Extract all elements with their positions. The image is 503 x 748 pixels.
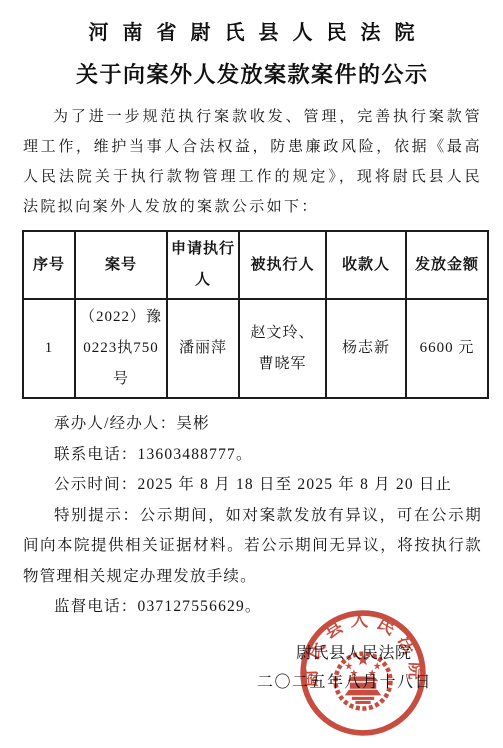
period-label: 公示时间：: [54, 476, 138, 493]
emblem-step: [352, 697, 374, 700]
supervision-value: 037127556629。: [138, 598, 262, 615]
emblem-step: [355, 701, 370, 704]
emblem-gate-roof: [348, 677, 378, 682]
handler-label: 承办人/经办人：: [54, 415, 176, 432]
header-seq: 序号: [23, 231, 75, 299]
cell-case-no: （2022）豫0223执750号: [75, 299, 167, 398]
official-seal: 尉氏县人民法院: [297, 607, 429, 739]
contact-value: 13603488777。: [138, 446, 253, 463]
contact-phone-line: 联系电话：13603488777。: [23, 440, 482, 471]
national-emblem-icon: [336, 653, 391, 708]
cell-amount: 6600 元: [406, 299, 488, 398]
table-row: 1 （2022）豫0223执750号 潘丽萍 赵文玲、曹晓军 杨志新 6600 …: [23, 299, 488, 398]
cell-respondent: 赵文玲、曹晓军: [239, 299, 326, 398]
header-respondent: 被执行人: [239, 231, 326, 299]
emblem-gate-body: [350, 683, 376, 689]
contact-label: 联系电话：: [54, 446, 138, 463]
emblem-small-star: [350, 669, 358, 676]
cell-applicant: 潘丽萍: [167, 299, 239, 398]
cell-payee: 杨志新: [326, 299, 406, 398]
emblem-small-star: [373, 662, 381, 669]
footer-block: 承办人/经办人：吴彬 联系电话：13603488777。 公示时间：2025 年…: [23, 409, 482, 623]
notice-document: 河南省尉氏县人民法院 关于向案外人发放案款案件的公示 为了进一步规范执行案款收发…: [0, 0, 503, 748]
intro-paragraph: 为了进一步规范执行案款收发、管理，完善执行案款管理工作，维护当事人合法权益，防患…: [23, 102, 482, 222]
payout-table: 序号 案号 申请执行人 被执行人 收款人 发放金额 1 （2022）豫0223执…: [22, 230, 489, 399]
header-amount: 发放金额: [406, 231, 488, 299]
supervision-label: 监督电话：: [54, 598, 138, 615]
notice-period-line: 公示时间：2025 年 8 月 18 日至 2025 年 8 月 20 日止: [23, 470, 482, 501]
header-applicant: 申请执行人: [167, 231, 239, 299]
seal-ring-text: 尉氏县人民法院: [300, 610, 427, 687]
emblem-small-star: [345, 662, 353, 669]
notice-subtitle: 关于向案外人发放案款案件的公示: [0, 58, 503, 89]
special-note-paragraph: 特别提示：公示期间，如对案款发放有异议，可在公示期间向本院提供相关证据材料。若公…: [23, 501, 482, 593]
header-payee: 收款人: [326, 231, 406, 299]
handler-value: 吴彬: [176, 415, 209, 432]
seal-ring: [303, 613, 423, 733]
table-header-row: 序号 案号 申请执行人 被执行人 收款人 发放金额: [23, 231, 488, 299]
period-value: 2025 年 8 月 18 日至 2025 年 8 月 20 日止: [138, 476, 453, 493]
court-name-title: 河南省尉氏县人民法院: [0, 0, 503, 45]
cell-seq: 1: [23, 299, 75, 398]
emblem-gate-base: [345, 690, 382, 696]
emblem-small-star: [368, 669, 376, 676]
header-case-no: 案号: [75, 231, 167, 299]
handler-line: 承办人/经办人：吴彬: [23, 409, 482, 440]
